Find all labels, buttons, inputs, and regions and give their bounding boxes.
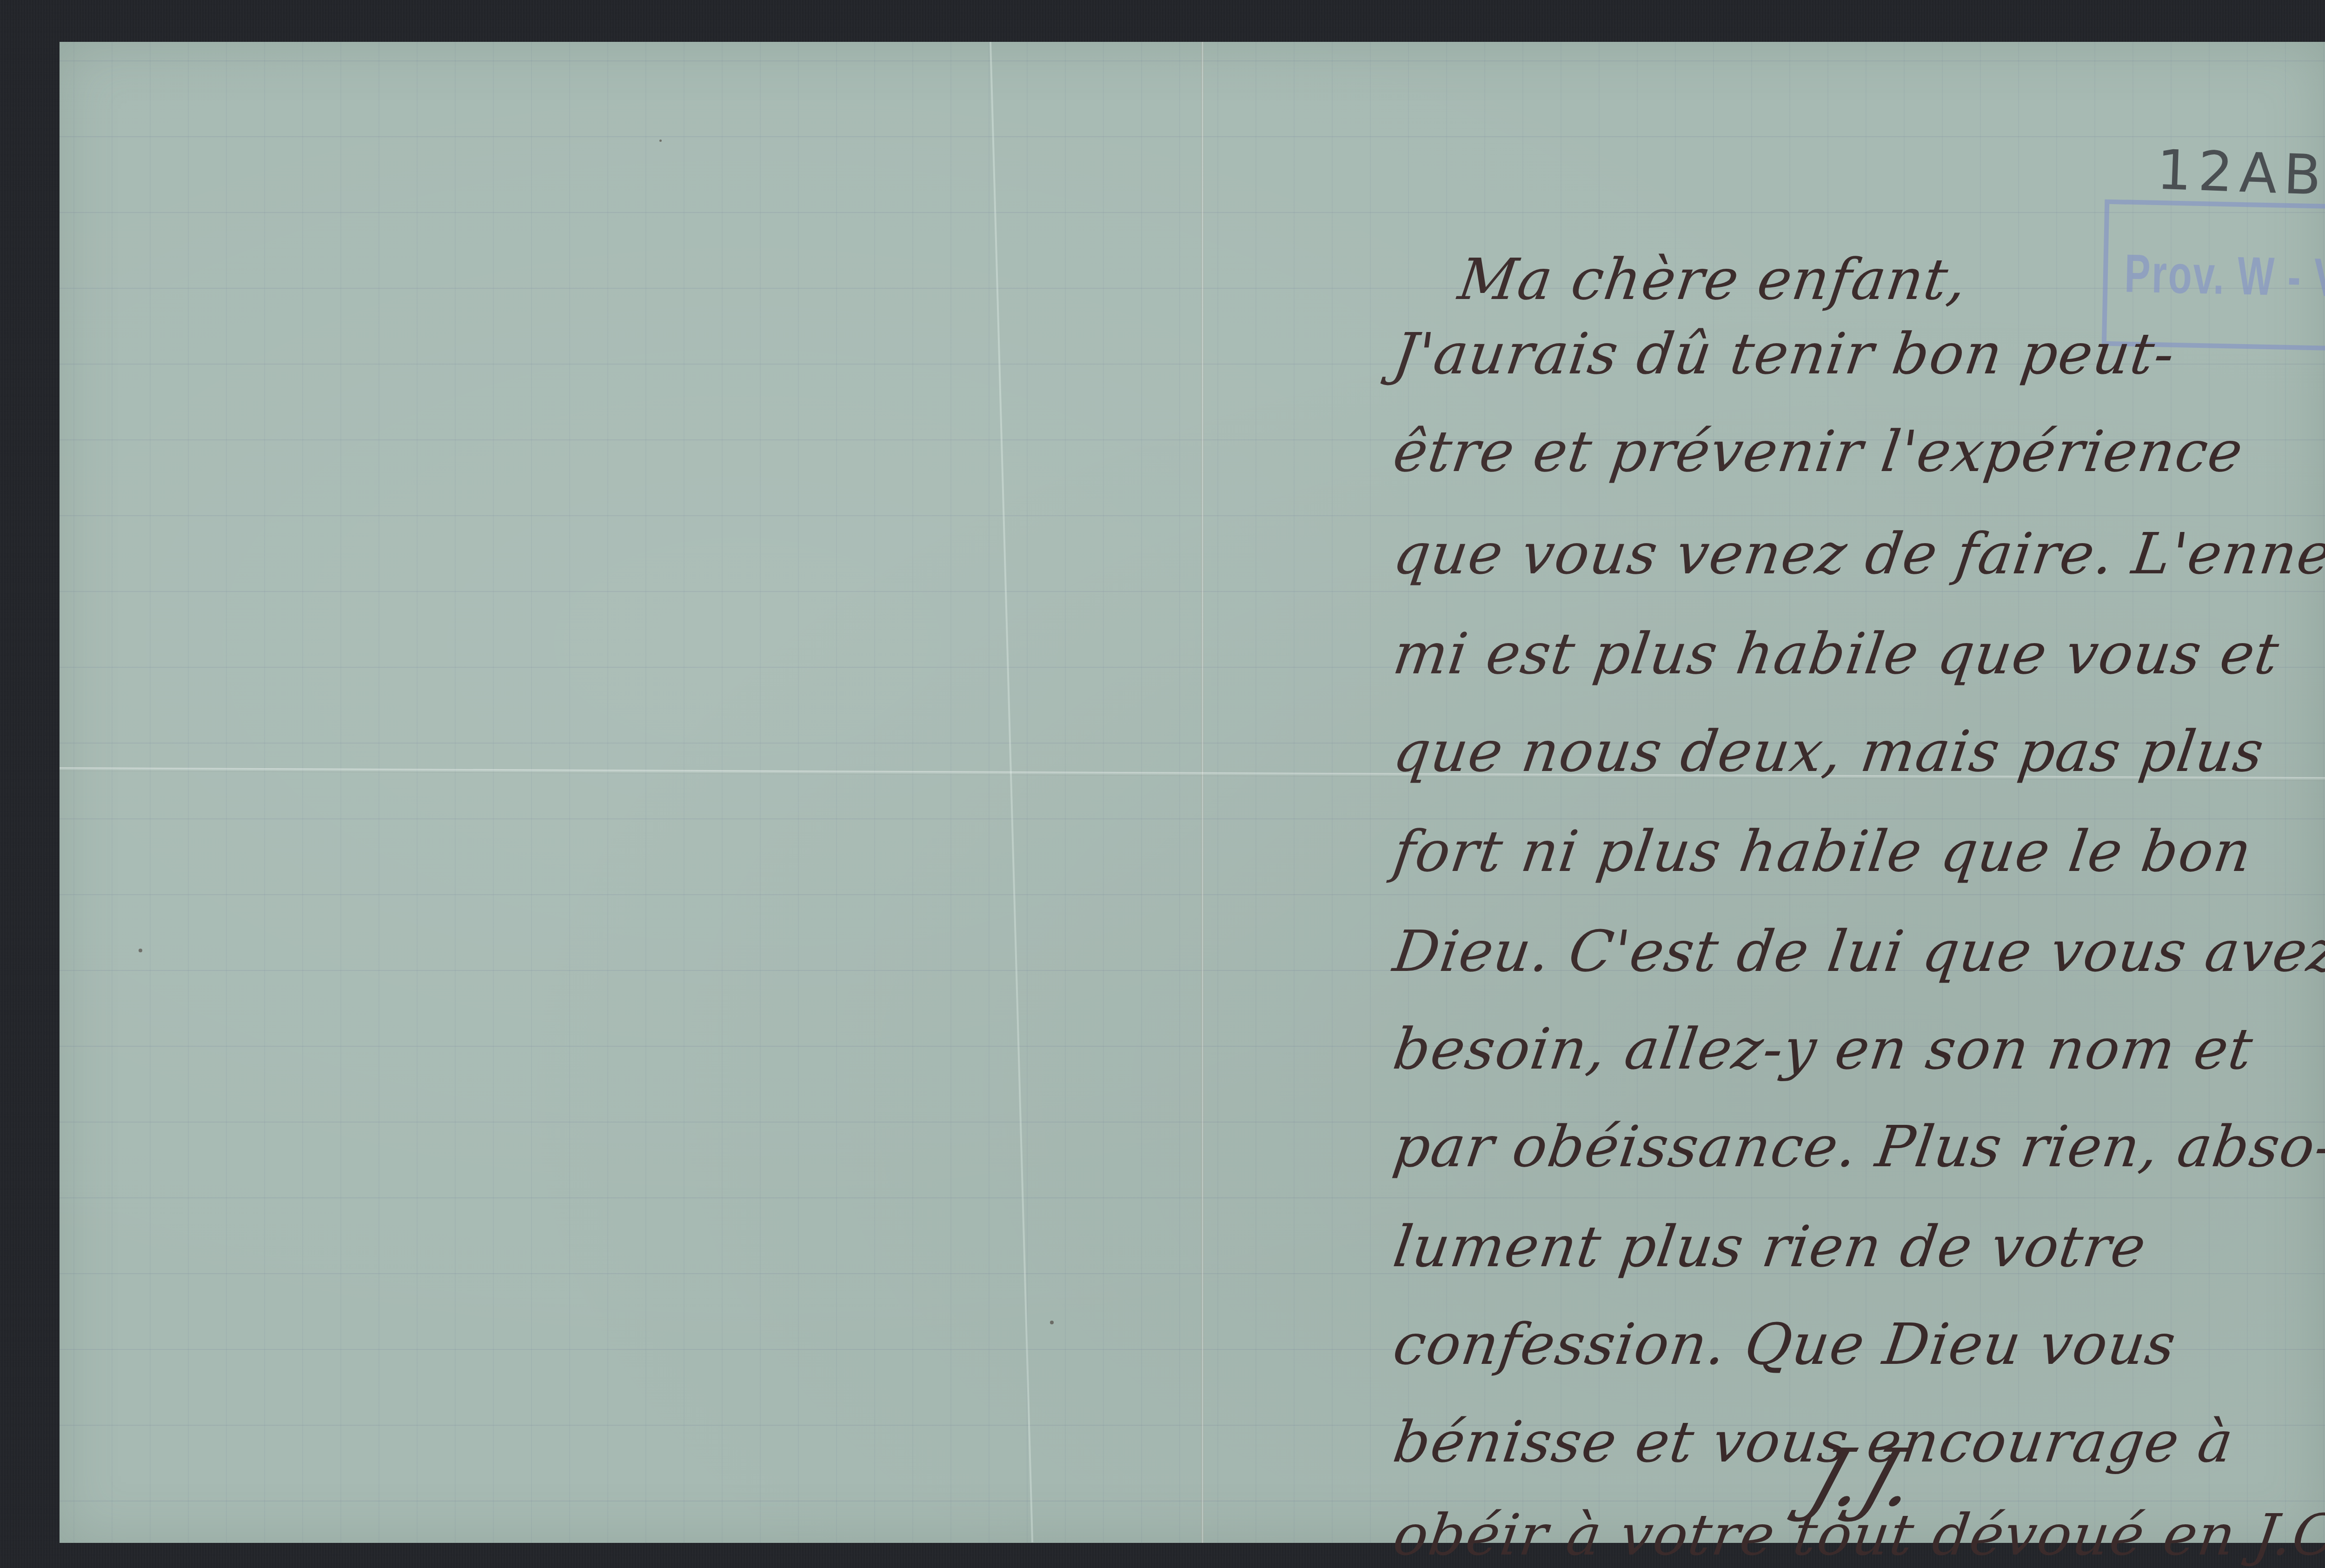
letter-line: être et prévenir l'expérience [1389,419,2247,485]
letter-line: lument plus rien de votre [1389,1214,2151,1280]
archive-reference-number: 12AB37 [2156,138,2325,211]
letter-line: par obéissance. Plus rien, abso- [1389,1114,2325,1180]
letter-line: que vous venez de faire. L'enne- [1389,521,2325,587]
letter-line: bénisse et vous encourage à [1389,1409,2238,1475]
letter-line: Dieu. C'est de lui que vous avez [1389,918,2325,984]
letter-line: mi est plus habile que vous et [1389,621,2284,687]
provenance-stamp-text: Prov. W - VI. [2124,242,2325,309]
center-fold [1201,42,1204,1543]
ink-speck [139,949,142,952]
letter-line: J'aurais dû tenir bon peut- [1389,321,2179,387]
letter-line: que nous deux, mais pas plus [1389,718,2268,784]
ink-speck [659,140,662,142]
letter-line: confession. Que Dieu vous [1389,1311,2180,1377]
ink-speck [1050,1321,1054,1324]
letter-line: besoin, allez-y en son nom et [1389,1016,2257,1082]
letter-line: fort ni plus habile que le bon [1389,818,2256,884]
letter-sheet: 12AB37 Prov. W - VI. Ma chère enfant, J'… [60,42,2325,1543]
diagonal-crease [990,42,1033,1542]
letter-salutation: Ma chère enfant, [1455,246,1972,312]
